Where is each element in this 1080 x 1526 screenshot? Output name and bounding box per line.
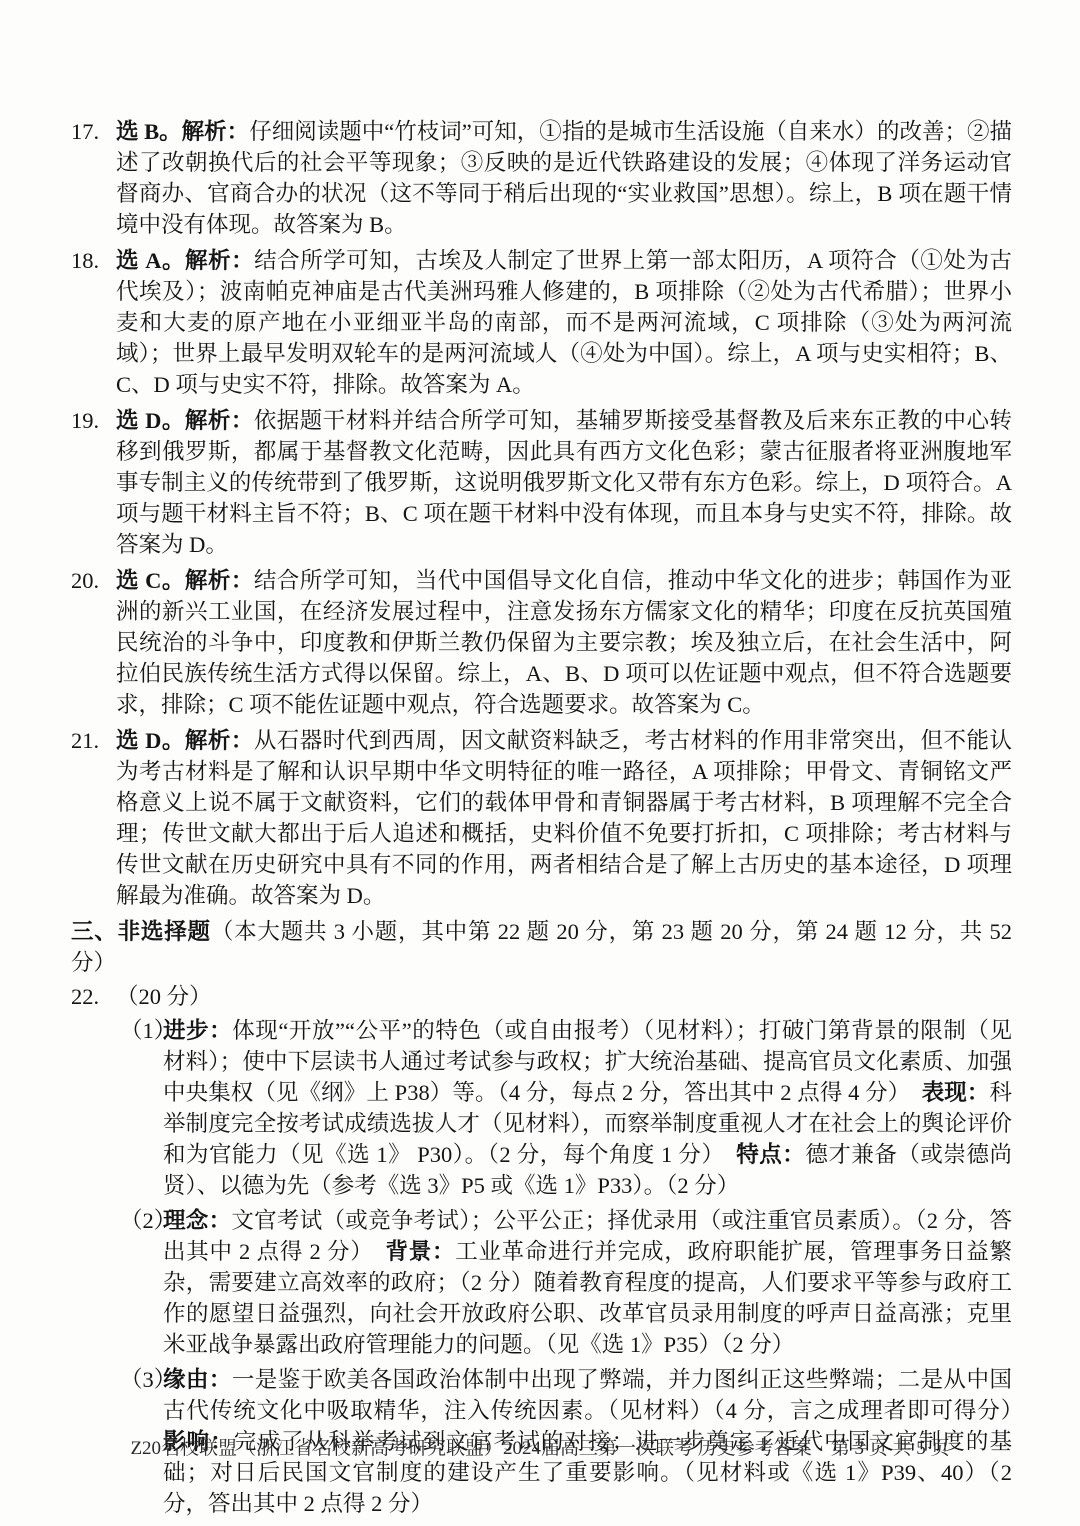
answer-choice-label: 选 C。解析： xyxy=(116,568,254,593)
answer-explanation: 仔细阅读题中“竹枝词”可知，①指的是城市生活设施（自来水）的改善；②描述了改朝换… xyxy=(116,119,1012,237)
section-title: 三、非选择题 xyxy=(71,919,211,944)
answer-item-21: 21. 选 D。解析：从石器时代到西周，因文献资料缺乏，考古材料的作用非常突出，… xyxy=(71,725,1012,911)
answer-body: 选 B。解析：仔细阅读题中“竹枝词”可知，①指的是城市生活设施（自来水）的改善；… xyxy=(116,119,1012,237)
part-body: 进步：体现“开放”“公平”的特色（或自由报考）（见材料）；打破门第背景的限制（见… xyxy=(163,1018,1012,1198)
question-number: 17. xyxy=(71,116,116,147)
part-keyword: 表现： xyxy=(922,1080,990,1105)
part-body: 理念：文官考试（或竞争考试）；公平公正；择优录用（或注重官员素质）。（2 分，答… xyxy=(163,1208,1012,1357)
page-footer: Z20名校联盟（浙江省名校新高考研究联盟）2024届高三第一次联考 历史参考答案… xyxy=(0,1437,1080,1461)
section-header: 三、非选择题（本大题共 3 小题，其中第 22 题 20 分，第 23 题 20… xyxy=(71,916,1012,978)
question-22-score: （20 分） xyxy=(116,984,212,1009)
answer-choice-label: 选 B。解析： xyxy=(116,119,249,144)
part-keyword: 特点： xyxy=(736,1142,805,1167)
question-number: 19. xyxy=(71,405,116,436)
q22-part-2: （2） 理念：文官考试（或竞争考试）；公平公正；择优录用（或注重官员素质）。（2… xyxy=(71,1205,1012,1360)
question-number: 18. xyxy=(71,245,116,276)
section-score-info: （本大题共 3 小题，其中第 22 题 20 分，第 23 题 20 分，第 2… xyxy=(71,919,1012,975)
part-text: 一是鉴于欧美各国政治体制中出现了弊端，并力图纠正这些弊端；二是从中国古代传统文化… xyxy=(163,1367,1035,1423)
answer-choice-label: 选 A。解析： xyxy=(116,248,254,273)
answer-key-document: 17. 选 B。解析：仔细阅读题中“竹枝词”可知，①指的是城市生活设施（自来水）… xyxy=(71,116,1012,1523)
answer-body: 选 A。解析：结合所学可知，古埃及人制定了世界上第一部太阳历，A 项符合（①处为… xyxy=(116,248,1012,397)
answer-choice-label: 选 D。解析： xyxy=(116,408,254,433)
part-keyword: 背景： xyxy=(386,1239,456,1264)
answer-item-19: 19. 选 D。解析：依据题干材料并结合所学可知，基辅罗斯接受基督教及后来东正教… xyxy=(71,405,1012,560)
answer-item-18: 18. 选 A。解析：结合所学可知，古埃及人制定了世界上第一部太阳历，A 项符合… xyxy=(71,245,1012,400)
answer-body: 选 D。解析：依据题干材料并结合所学可知，基辅罗斯接受基督教及后来东正教的中心转… xyxy=(116,408,1012,557)
answer-choice-label: 选 D。解析： xyxy=(116,728,254,753)
question-22-number: 22. xyxy=(71,981,99,1012)
multiple-choice-answers-section: 17. 选 B。解析：仔细阅读题中“竹枝词”可知，①指的是城市生活设施（自来水）… xyxy=(71,116,1012,911)
answer-explanation: 从石器时代到西周，因文献资料缺乏，考古材料的作用非常突出，但不能认为考古材料是了… xyxy=(116,728,1012,908)
answer-item-17: 17. 选 B。解析：仔细阅读题中“竹枝词”可知，①指的是城市生活设施（自来水）… xyxy=(71,116,1012,240)
part-number: （1） xyxy=(120,1015,176,1046)
q22-part-1: （1） 进步：体现“开放”“公平”的特色（或自由报考）（见材料）；打破门第背景的… xyxy=(71,1015,1012,1201)
answer-item-20: 20. 选 C。解析：结合所学可知，当代中国倡导文化自信，推动中华文化的进步；韩… xyxy=(71,565,1012,720)
answer-body: 选 C。解析：结合所学可知，当代中国倡导文化自信，推动中华文化的进步；韩国作为亚… xyxy=(116,568,1012,717)
question-number: 20. xyxy=(71,565,116,596)
part-number: （2） xyxy=(120,1205,176,1236)
answer-body: 选 D。解析：从石器时代到西周，因文献资料缺乏，考古材料的作用非常突出，但不能认… xyxy=(116,728,1012,908)
question-22-header: 22. （20 分） xyxy=(71,981,1012,1012)
part-text: 体现“开放”“公平”的特色（或自由报考）（见材料）；打破门第背景的限制（见材料）… xyxy=(163,1018,1012,1105)
question-number: 21. xyxy=(71,725,116,756)
part-number: （3） xyxy=(120,1364,176,1395)
